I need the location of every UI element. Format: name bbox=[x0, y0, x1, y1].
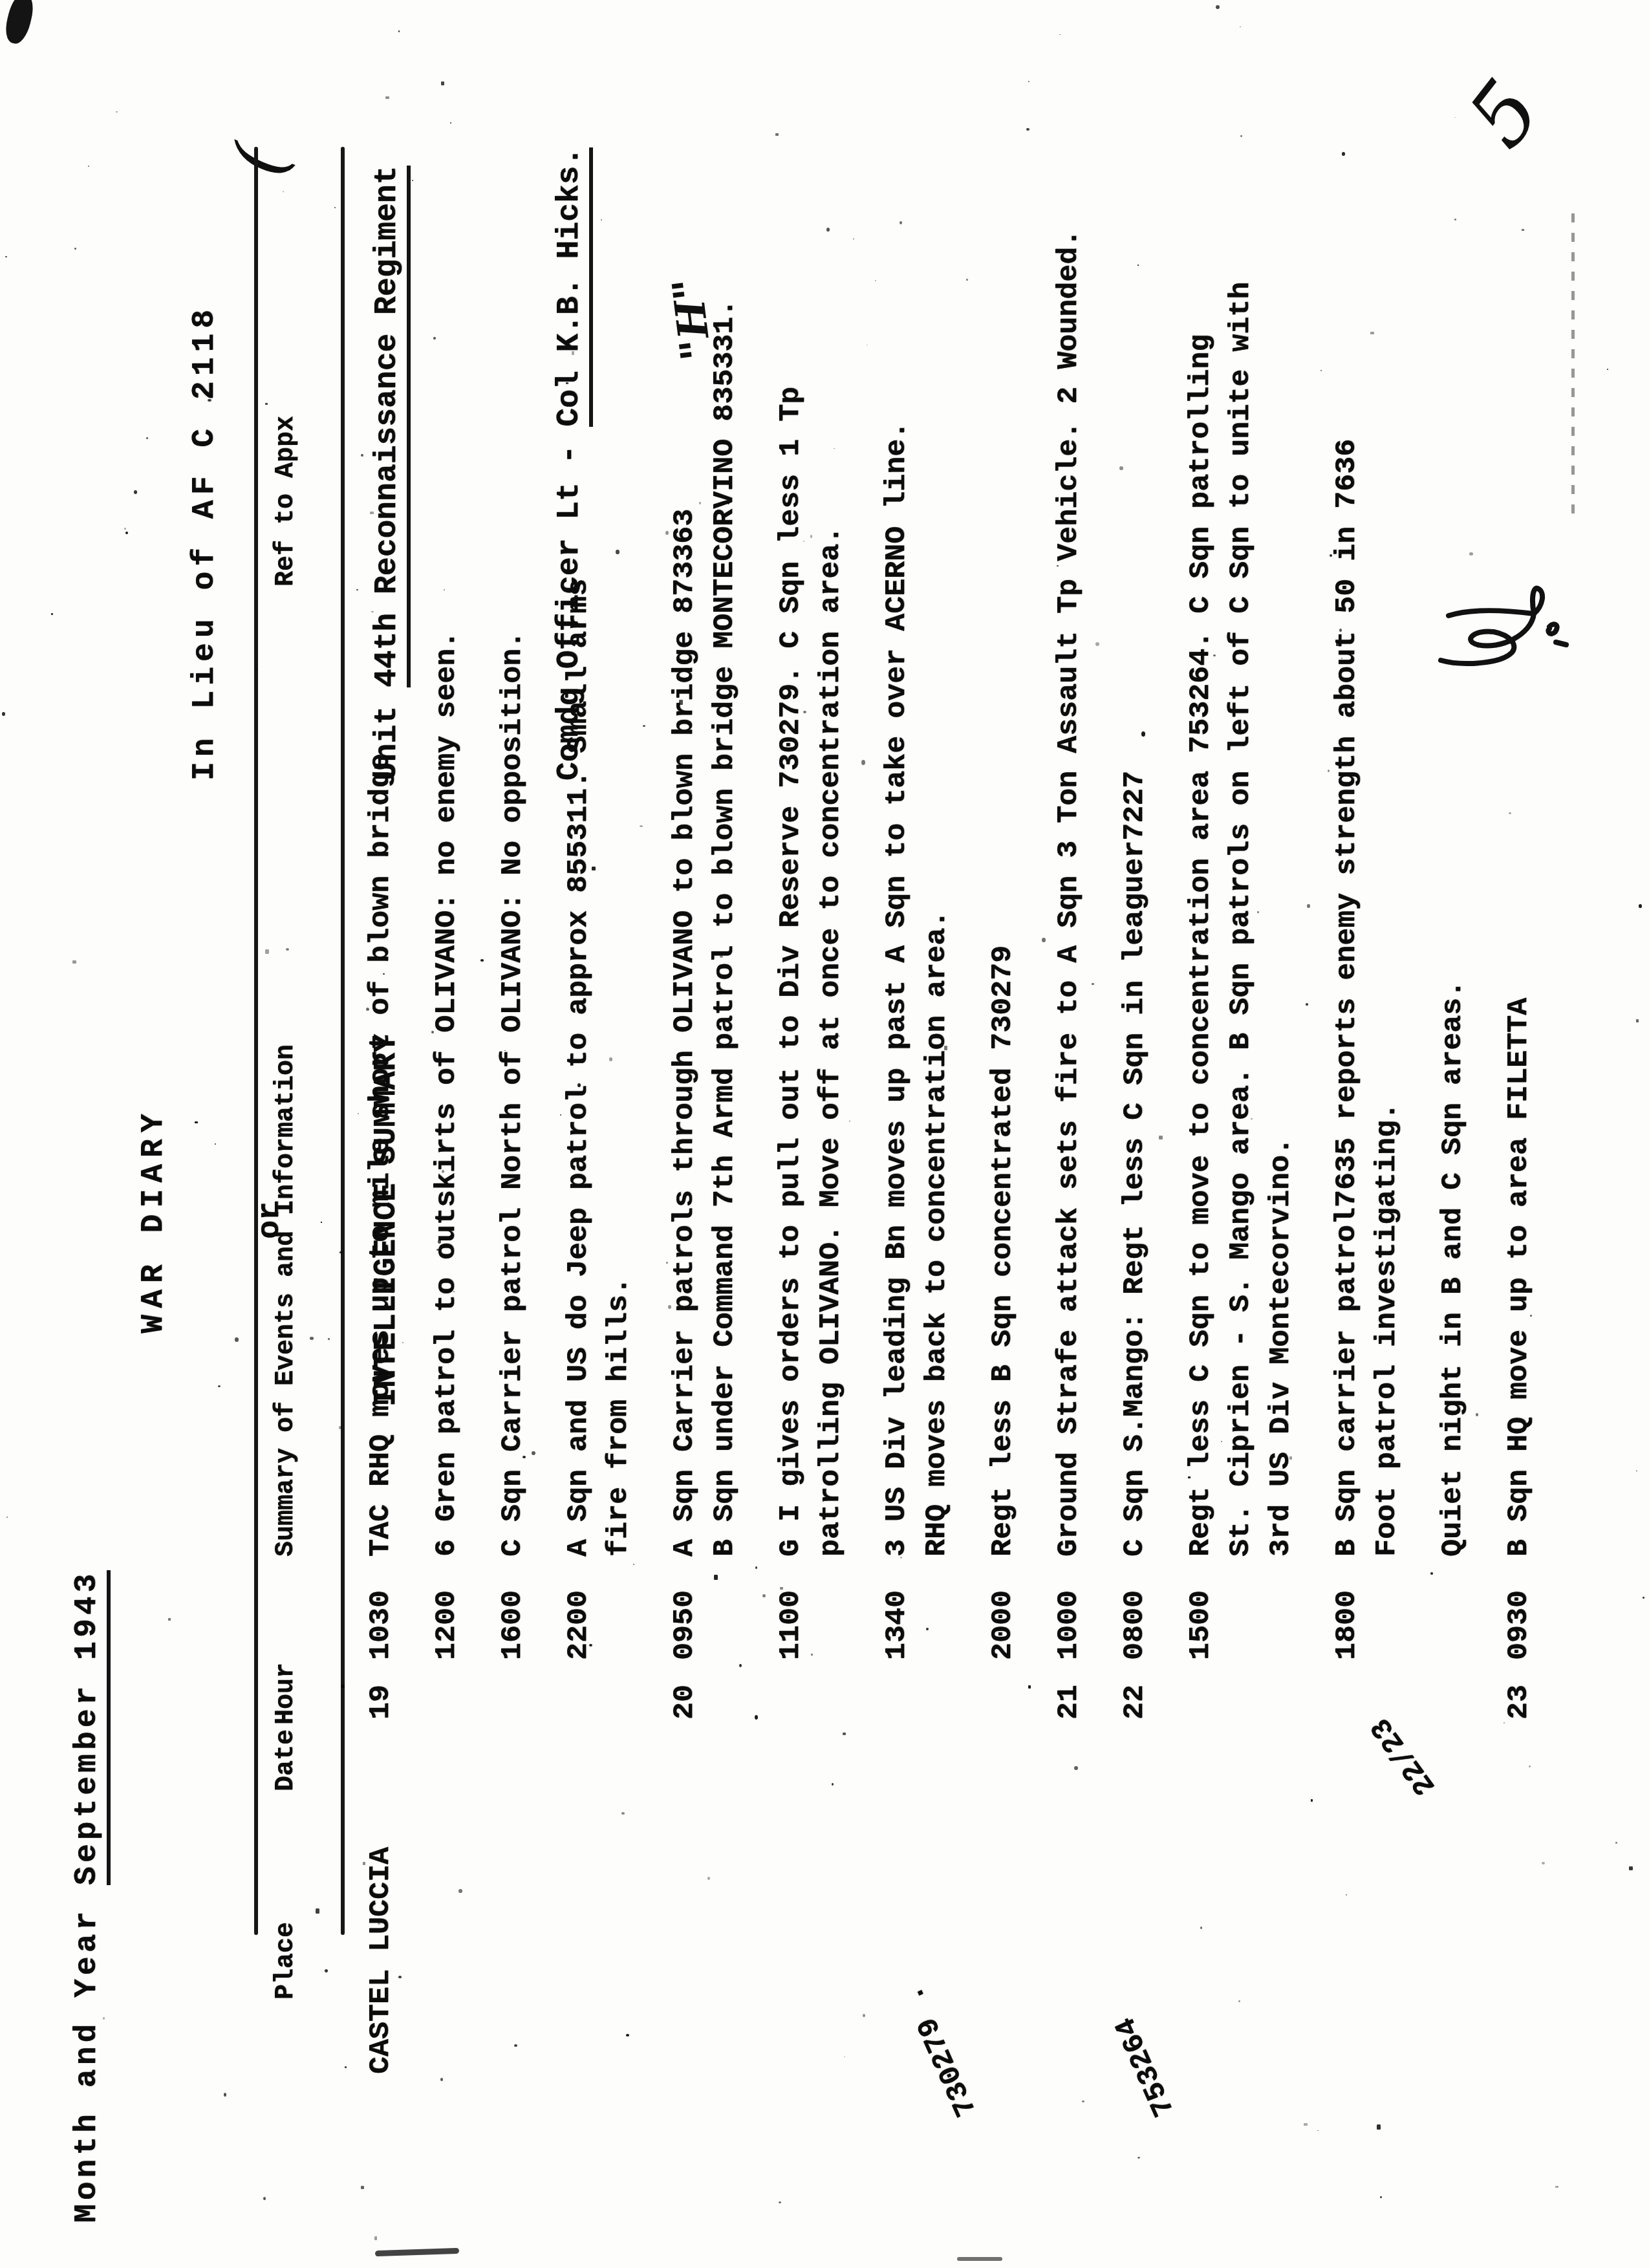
hour-cell: 1500 bbox=[1181, 1590, 1221, 1660]
summary-cell: C Sqn Carrier patrol North of OLIVANO: N… bbox=[493, 95, 533, 1557]
summary-line: C Sqn S.Mango: Regt less C Sqn in league… bbox=[1115, 95, 1155, 1557]
date-cell: 23 bbox=[1499, 1685, 1539, 1720]
summary-line: fire from hills. bbox=[599, 95, 639, 1557]
summary-line: A Sqn and US do Jeep patrol to approx 85… bbox=[559, 95, 599, 1557]
table-row: 230930B Sqn HQ move up to area FILETTA bbox=[1499, 0, 1539, 2268]
table-rule-bottom bbox=[341, 147, 345, 1935]
date-cell: 22 bbox=[1115, 1685, 1155, 1720]
date-cell: 19 bbox=[361, 1685, 401, 1720]
summary-line: B Sqn carrier patrol7635 reports enemy s… bbox=[1327, 95, 1367, 1557]
table-row: 1800B Sqn carrier patrol7635 reports ene… bbox=[1327, 0, 1407, 2268]
column-header-summary: Summary of Events and Information bbox=[272, 1044, 301, 1557]
summary-line: 6 Gren patrol to outskirts of OLIVANO: n… bbox=[427, 95, 467, 1557]
summary-line: patrolling OLIVANO. Move off at once to … bbox=[811, 95, 851, 1557]
signature-stroke-c bbox=[1548, 624, 1557, 634]
table-row: 211000Ground Strafe attack sets fire to … bbox=[1049, 0, 1089, 2268]
summary-line: 3 US Div leading Bn moves up past A Sqn … bbox=[877, 95, 917, 1557]
date-cell: 20 bbox=[665, 1685, 705, 1720]
rotated-document-sheet: Month and Year September 1943 WAR DIARY … bbox=[0, 0, 1649, 2268]
table-row: 1600C Sqn Carrier patrol North of OLIVAN… bbox=[493, 0, 533, 2268]
summary-cell: B Sqn carrier patrol7635 reports enemy s… bbox=[1327, 95, 1407, 1557]
hour-cell: 1340 bbox=[877, 1590, 917, 1660]
summary-cell: Regt less C Sqn to move to concentration… bbox=[1181, 95, 1301, 1557]
summary-line: Ground Strafe attack sets fire to A Sqn … bbox=[1049, 95, 1089, 1557]
table-row: CASTEL LUCCIA191030TAC RHQ moves up to m… bbox=[361, 0, 401, 2268]
signature-stroke-dash bbox=[1556, 642, 1566, 645]
hour-cell: 2200 bbox=[559, 1590, 599, 1660]
table-row: 220800C Sqn S.Mango: Regt less C Sqn in … bbox=[1115, 0, 1155, 2268]
hour-cell: 1100 bbox=[771, 1590, 811, 1660]
month-and-year-line: Month and Year September 1943 bbox=[70, 1570, 105, 2223]
table-row: 1100G I gives orders to pull out to Div … bbox=[771, 0, 851, 2268]
scan-artifact-streak bbox=[1571, 213, 1575, 517]
hour-cell: 0800 bbox=[1115, 1590, 1155, 1660]
table-row: 22/23Quiet night in B and C Sqn areas. bbox=[1433, 0, 1473, 2268]
summary-cell: TAC RHQ moves up to mile short of blown … bbox=[361, 95, 401, 1557]
summary-line: Regt less C Sqn to move to concentration… bbox=[1181, 95, 1221, 1557]
hour-cell: 1200 bbox=[427, 1590, 467, 1660]
column-header-ref: Ref to Appx bbox=[272, 416, 301, 587]
summary-line: Quiet night in B and C Sqn areas. bbox=[1433, 95, 1473, 1557]
summary-line: TAC RHQ moves up to mile short of blown … bbox=[361, 95, 401, 1557]
summary-line: G I gives orders to pull out to Div Rese… bbox=[771, 95, 811, 1557]
column-header-place: Place bbox=[272, 1922, 301, 2000]
column-header-date: Date bbox=[272, 1729, 301, 1791]
handwritten-h-mark: "H" bbox=[667, 276, 717, 363]
hour-cell: 1600 bbox=[493, 1590, 533, 1660]
table-row: 13403 US Div leading Bn moves up past A … bbox=[877, 0, 957, 2268]
hour-cell: 0950 bbox=[665, 1590, 705, 1660]
summary-line: RHQ moves back to concentration area. bbox=[917, 95, 957, 1557]
summary-cell: B Sqn HQ move up to area FILETTA bbox=[1499, 95, 1539, 1557]
scan-artifact-smudge bbox=[957, 2257, 1002, 2261]
hour-cell: 2000 bbox=[983, 1590, 1023, 1660]
summary-cell: Quiet night in B and C Sqn areas. bbox=[1433, 95, 1473, 1557]
table-row: 12006 Gren patrol to outskirts of OLIVAN… bbox=[427, 0, 467, 2268]
summary-line: Foot patrol investigating. bbox=[1367, 95, 1407, 1557]
table-row: 730279 .2000Regt less B Sqn concentrated… bbox=[983, 0, 1023, 2268]
summary-line: B Sqn HQ move up to area FILETTA bbox=[1499, 95, 1539, 1557]
column-header-hour: Hour bbox=[272, 1663, 301, 1725]
summary-line: St. Ciprien - S. Mango area. B Sqn patro… bbox=[1221, 95, 1261, 1557]
summary-cell: C Sqn S.Mango: Regt less C Sqn in league… bbox=[1115, 95, 1155, 1557]
diary-entries: CASTEL LUCCIA191030TAC RHQ moves up to m… bbox=[361, 0, 1565, 2268]
summary-cell: Ground Strafe attack sets fire to A Sqn … bbox=[1049, 95, 1089, 1557]
table-rule-top bbox=[254, 147, 258, 1935]
summary-cell: A Sqn and US do Jeep patrol to approx 85… bbox=[559, 95, 639, 1557]
table-row: 200950A Sqn Carrier patrols through OLIV… bbox=[665, 0, 745, 2268]
date-cell: 21 bbox=[1049, 1685, 1089, 1720]
hour-cell: 0930 bbox=[1499, 1590, 1539, 1660]
summary-line: Regt less B Sqn concentrated 730279 bbox=[983, 95, 1023, 1557]
summary-cell: G I gives orders to pull out to Div Rese… bbox=[771, 95, 851, 1557]
summary-cell: Regt less B Sqn concentrated 730279 bbox=[983, 95, 1023, 1557]
summary-cell: 3 US Div leading Bn moves up past A Sqn … bbox=[877, 95, 957, 1557]
hour-cell: 1000 bbox=[1049, 1590, 1089, 1660]
hour-cell: 1030 bbox=[361, 1590, 401, 1660]
hour-cell: 1800 bbox=[1327, 1590, 1367, 1660]
month-label: Month and Year bbox=[70, 1885, 105, 2223]
table-row: 7532641500Regt less C Sqn to move to con… bbox=[1181, 0, 1301, 2268]
table-row: 2200A Sqn and US do Jeep patrol to appro… bbox=[559, 0, 639, 2268]
signature-stroke-main bbox=[1441, 589, 1542, 664]
place-cell: CASTEL LUCCIA bbox=[361, 1847, 401, 2074]
war-diary-title: WAR DIARY bbox=[135, 1013, 173, 1427]
in-lieu-line: In Lieu of AF C 2118 bbox=[175, 147, 235, 781]
summary-cell: 6 Gren patrol to outskirts of OLIVANO: n… bbox=[427, 95, 467, 1557]
handwritten-signature bbox=[1423, 577, 1571, 674]
summary-line: 3rd US Div Montecorvino. bbox=[1261, 95, 1301, 1557]
summary-line: C Sqn Carrier patrol North of OLIVANO: N… bbox=[493, 95, 533, 1557]
scanned-war-diary-page: Month and Year September 1943 WAR DIARY … bbox=[0, 0, 1649, 2268]
month-value: September 1943 bbox=[70, 1570, 111, 1885]
